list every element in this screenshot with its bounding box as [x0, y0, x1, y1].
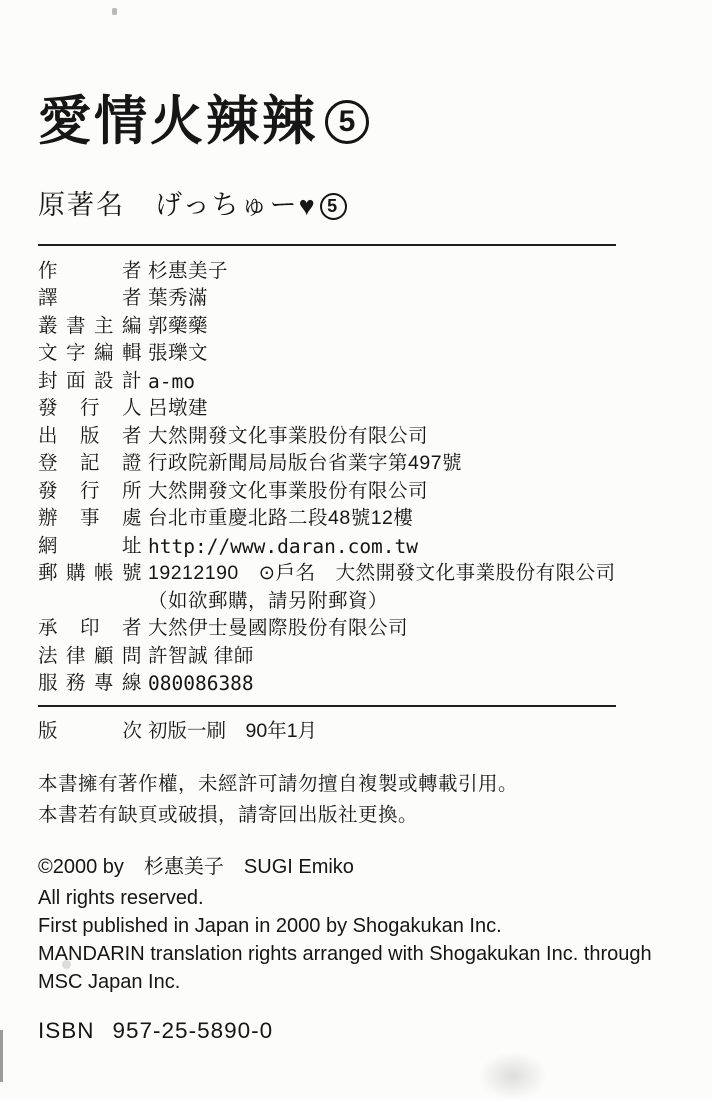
row-value: 大然伊士曼國際股份有限公司	[148, 615, 408, 643]
row-label: 出版者	[38, 423, 142, 451]
row-value: 大然開發文化事業股份有限公司	[148, 478, 428, 506]
colophon-row: 封面設計a-mo	[38, 368, 672, 396]
row-value: 杉惠美子	[148, 258, 228, 286]
row-label: 發行人	[38, 395, 142, 423]
copyright-line: All rights reserved.	[38, 884, 672, 912]
heart-icon: ♥	[299, 191, 317, 221]
row-label: 叢書主編	[38, 313, 142, 341]
row-value: 19212190 ⊙戶名 大然開發文化事業股份有限公司	[148, 560, 616, 588]
row-value: 張瓅文	[148, 340, 208, 368]
original-title-text: げっちゅー	[155, 190, 299, 220]
colophon-row: 出版者大然開發文化事業股份有限公司	[38, 423, 672, 451]
row-value: a-mo	[148, 368, 195, 396]
row-value: 葉秀滿	[148, 285, 208, 313]
row-label: 法律顧問	[38, 643, 142, 671]
scan-speck	[62, 960, 71, 969]
row-label: 文字編輯	[38, 340, 142, 368]
row-label: 郵購帳號	[38, 560, 142, 588]
row-value: 大然開發文化事業股份有限公司	[148, 423, 428, 451]
volume-badge: 5	[325, 100, 369, 144]
notices-block: 本書擁有著作權，未經許可請勿擅自複製或轉載引用。 本書若有缺頁或破損，請寄回出版…	[38, 769, 672, 831]
row-label: 服務專線	[38, 670, 142, 698]
row-label: 發行所	[38, 478, 142, 506]
scan-speck	[112, 8, 117, 15]
copyright-block: ©2000 by 杉惠美子 SUGI Emiko All rights rese…	[38, 853, 672, 996]
original-title-label: 原著名	[38, 190, 125, 220]
colophon-page: 愛情火辣辣5 原著名げっちゅー♥5 作者杉惠美子譯者葉秀滿叢書主編郭藥藥文字編輯…	[0, 0, 712, 1100]
colophon-row: 登記證行政院新聞局局版台省業字第497號	[38, 450, 672, 478]
edition-value: 初版一刷 90年1月	[148, 718, 317, 746]
colophon-row: 文字編輯張瓅文	[38, 340, 672, 368]
row-value: 郭藥藥	[148, 313, 208, 341]
colophon-row: 郵購帳號19212190 ⊙戶名 大然開發文化事業股份有限公司	[38, 560, 672, 588]
colophon-row: 叢書主編郭藥藥	[38, 313, 672, 341]
colophon-row: 譯者葉秀滿	[38, 285, 672, 313]
colophon-row: 服務專線080086388	[38, 670, 672, 698]
row-value: 許智誠 律師	[148, 643, 254, 671]
edition-label: 版次	[38, 718, 142, 746]
scan-edge-mark	[0, 1030, 3, 1082]
isbn-value: 957-25-5890-0	[113, 1018, 274, 1043]
original-title-row: 原著名げっちゅー♥5	[38, 183, 672, 222]
isbn-label: ISBN	[38, 1018, 95, 1043]
row-value: http://www.daran.com.tw	[148, 533, 418, 561]
copyright-line: MSC Japan Inc.	[38, 968, 672, 996]
row-value: 呂墩建	[148, 395, 208, 423]
row-value: 台北市重慶北路二段48號12樓	[148, 505, 413, 533]
colophon-row: 法律顧問許智誠 律師	[38, 643, 672, 671]
colophon-row: 承印者大然伊士曼國際股份有限公司	[38, 615, 672, 643]
divider-middle	[38, 705, 616, 707]
colophon-row: 網址http://www.daran.com.tw	[38, 533, 672, 561]
colophon-row: 作者杉惠美子	[38, 258, 672, 286]
row-value: 080086388	[148, 670, 254, 698]
colophon-table: 作者杉惠美子譯者葉秀滿叢書主編郭藥藥文字編輯張瓅文封面設計a-mo發行人呂墩建出…	[38, 258, 672, 698]
row-label: 承印者	[38, 615, 142, 643]
copyright-line: First published in Japan in 2000 by Shog…	[38, 912, 672, 940]
colophon-row: 發行人呂墩建	[38, 395, 672, 423]
row-label: 作者	[38, 258, 142, 286]
edition-row: 版次 初版一刷 90年1月	[38, 718, 672, 746]
notice-line: 本書擁有著作權，未經許可請勿擅自複製或轉載引用。	[38, 769, 672, 800]
row-label: 辦事處	[38, 505, 142, 533]
original-volume-badge: 5	[320, 193, 347, 220]
scan-smudge	[478, 1052, 548, 1100]
copyright-line: ©2000 by 杉惠美子 SUGI Emiko	[38, 853, 672, 881]
row-label	[38, 588, 142, 616]
row-label: 封面設計	[38, 368, 142, 396]
colophon-row: （如欲郵購，請另附郵資）	[38, 588, 672, 616]
row-label: 譯者	[38, 285, 142, 313]
colophon-row: 辦事處台北市重慶北路二段48號12樓	[38, 505, 672, 533]
notice-line: 本書若有缺頁或破損，請寄回出版社更換。	[38, 800, 672, 831]
title-row: 愛情火辣辣5	[38, 92, 672, 153]
divider-top	[38, 244, 616, 246]
row-label: 網址	[38, 533, 142, 561]
colophon-row: 發行所大然開發文化事業股份有限公司	[38, 478, 672, 506]
copyright-line: MANDARIN translation rights arranged wit…	[38, 940, 672, 968]
page-title: 愛情火辣辣	[38, 92, 318, 151]
isbn-line: ISBN957-25-5890-0	[38, 1018, 672, 1044]
row-value: （如欲郵購，請另附郵資）	[148, 588, 388, 616]
row-value: 行政院新聞局局版台省業字第497號	[148, 450, 462, 478]
row-label: 登記證	[38, 450, 142, 478]
